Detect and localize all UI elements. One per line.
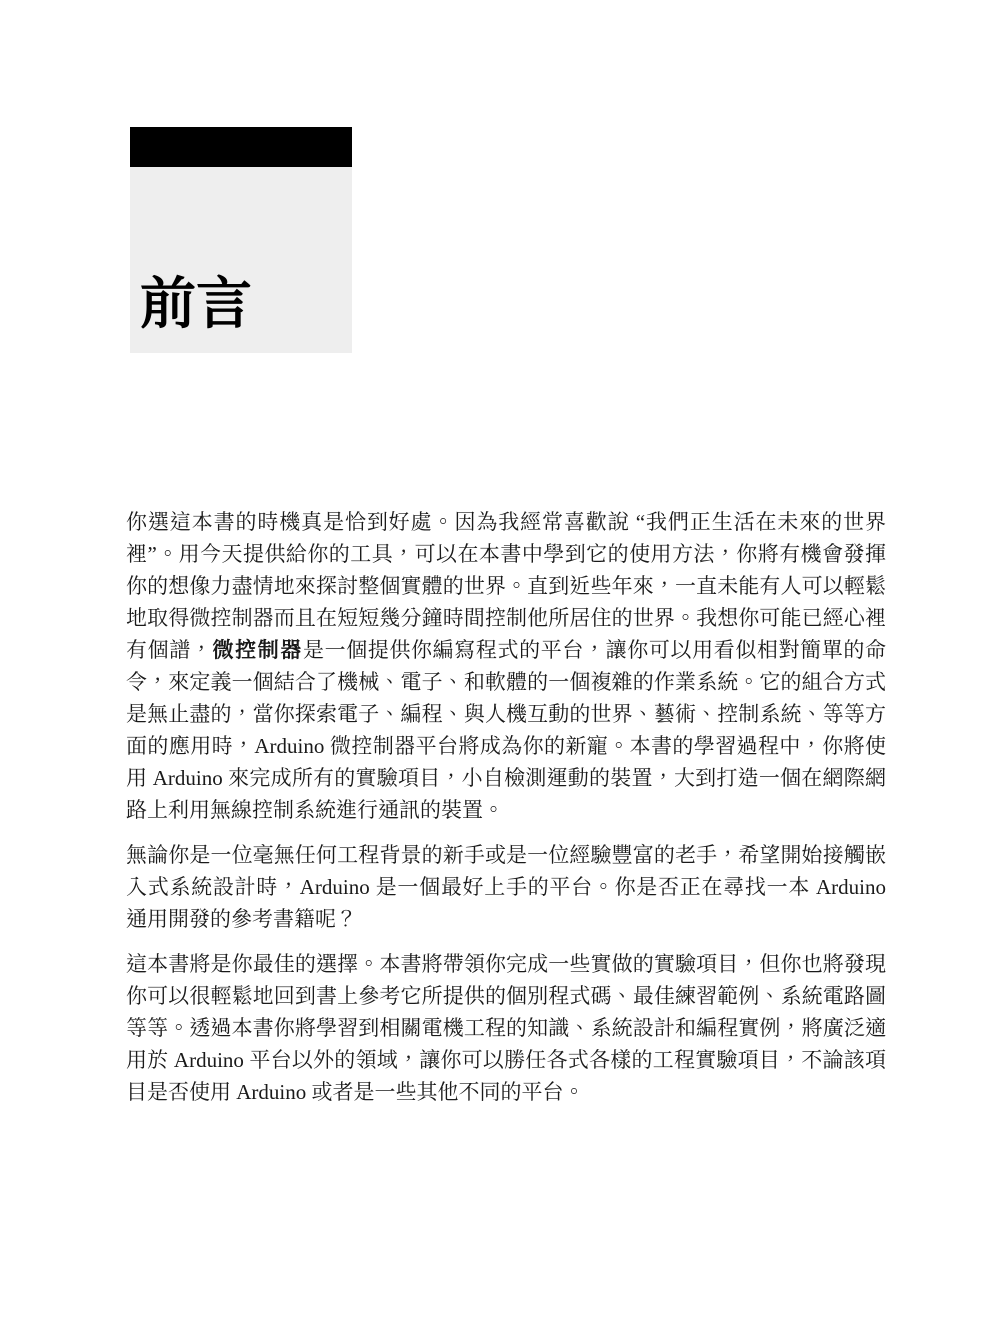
book-preface-page: 前言 你選這本書的時機真是恰到好處。因為我經常喜歡說 “我們正生活在未來的世界裡… <box>0 0 1000 1341</box>
paragraph-1: 你選這本書的時機真是恰到好處。因為我經常喜歡說 “我們正生活在未來的世界裡”。用… <box>126 506 886 826</box>
paragraph-2: 無論你是一位毫無任何工程背景的新手或是一位經驗豐富的老手，希望開始接觸嵌入式系統… <box>126 839 886 935</box>
chapter-title: 前言 <box>140 277 252 333</box>
chapter-header-bar <box>130 127 352 167</box>
emphasized-term-microcontroller: 微控制器 <box>212 638 302 662</box>
paragraph-3: 這本書將是你最佳的選擇。本書將帶領你完成一些實做的實驗項目，但你也將發現你可以很… <box>126 948 886 1108</box>
chapter-header: 前言 <box>130 127 352 353</box>
paragraph-1-segment-2: 是一個提供你編寫程式的平台，讓你可以用看似相對簡單的命令，來定義一個結合了機械、… <box>126 638 886 822</box>
body-text: 你選這本書的時機真是恰到好處。因為我經常喜歡說 “我們正生活在未來的世界裡”。用… <box>126 506 886 1108</box>
